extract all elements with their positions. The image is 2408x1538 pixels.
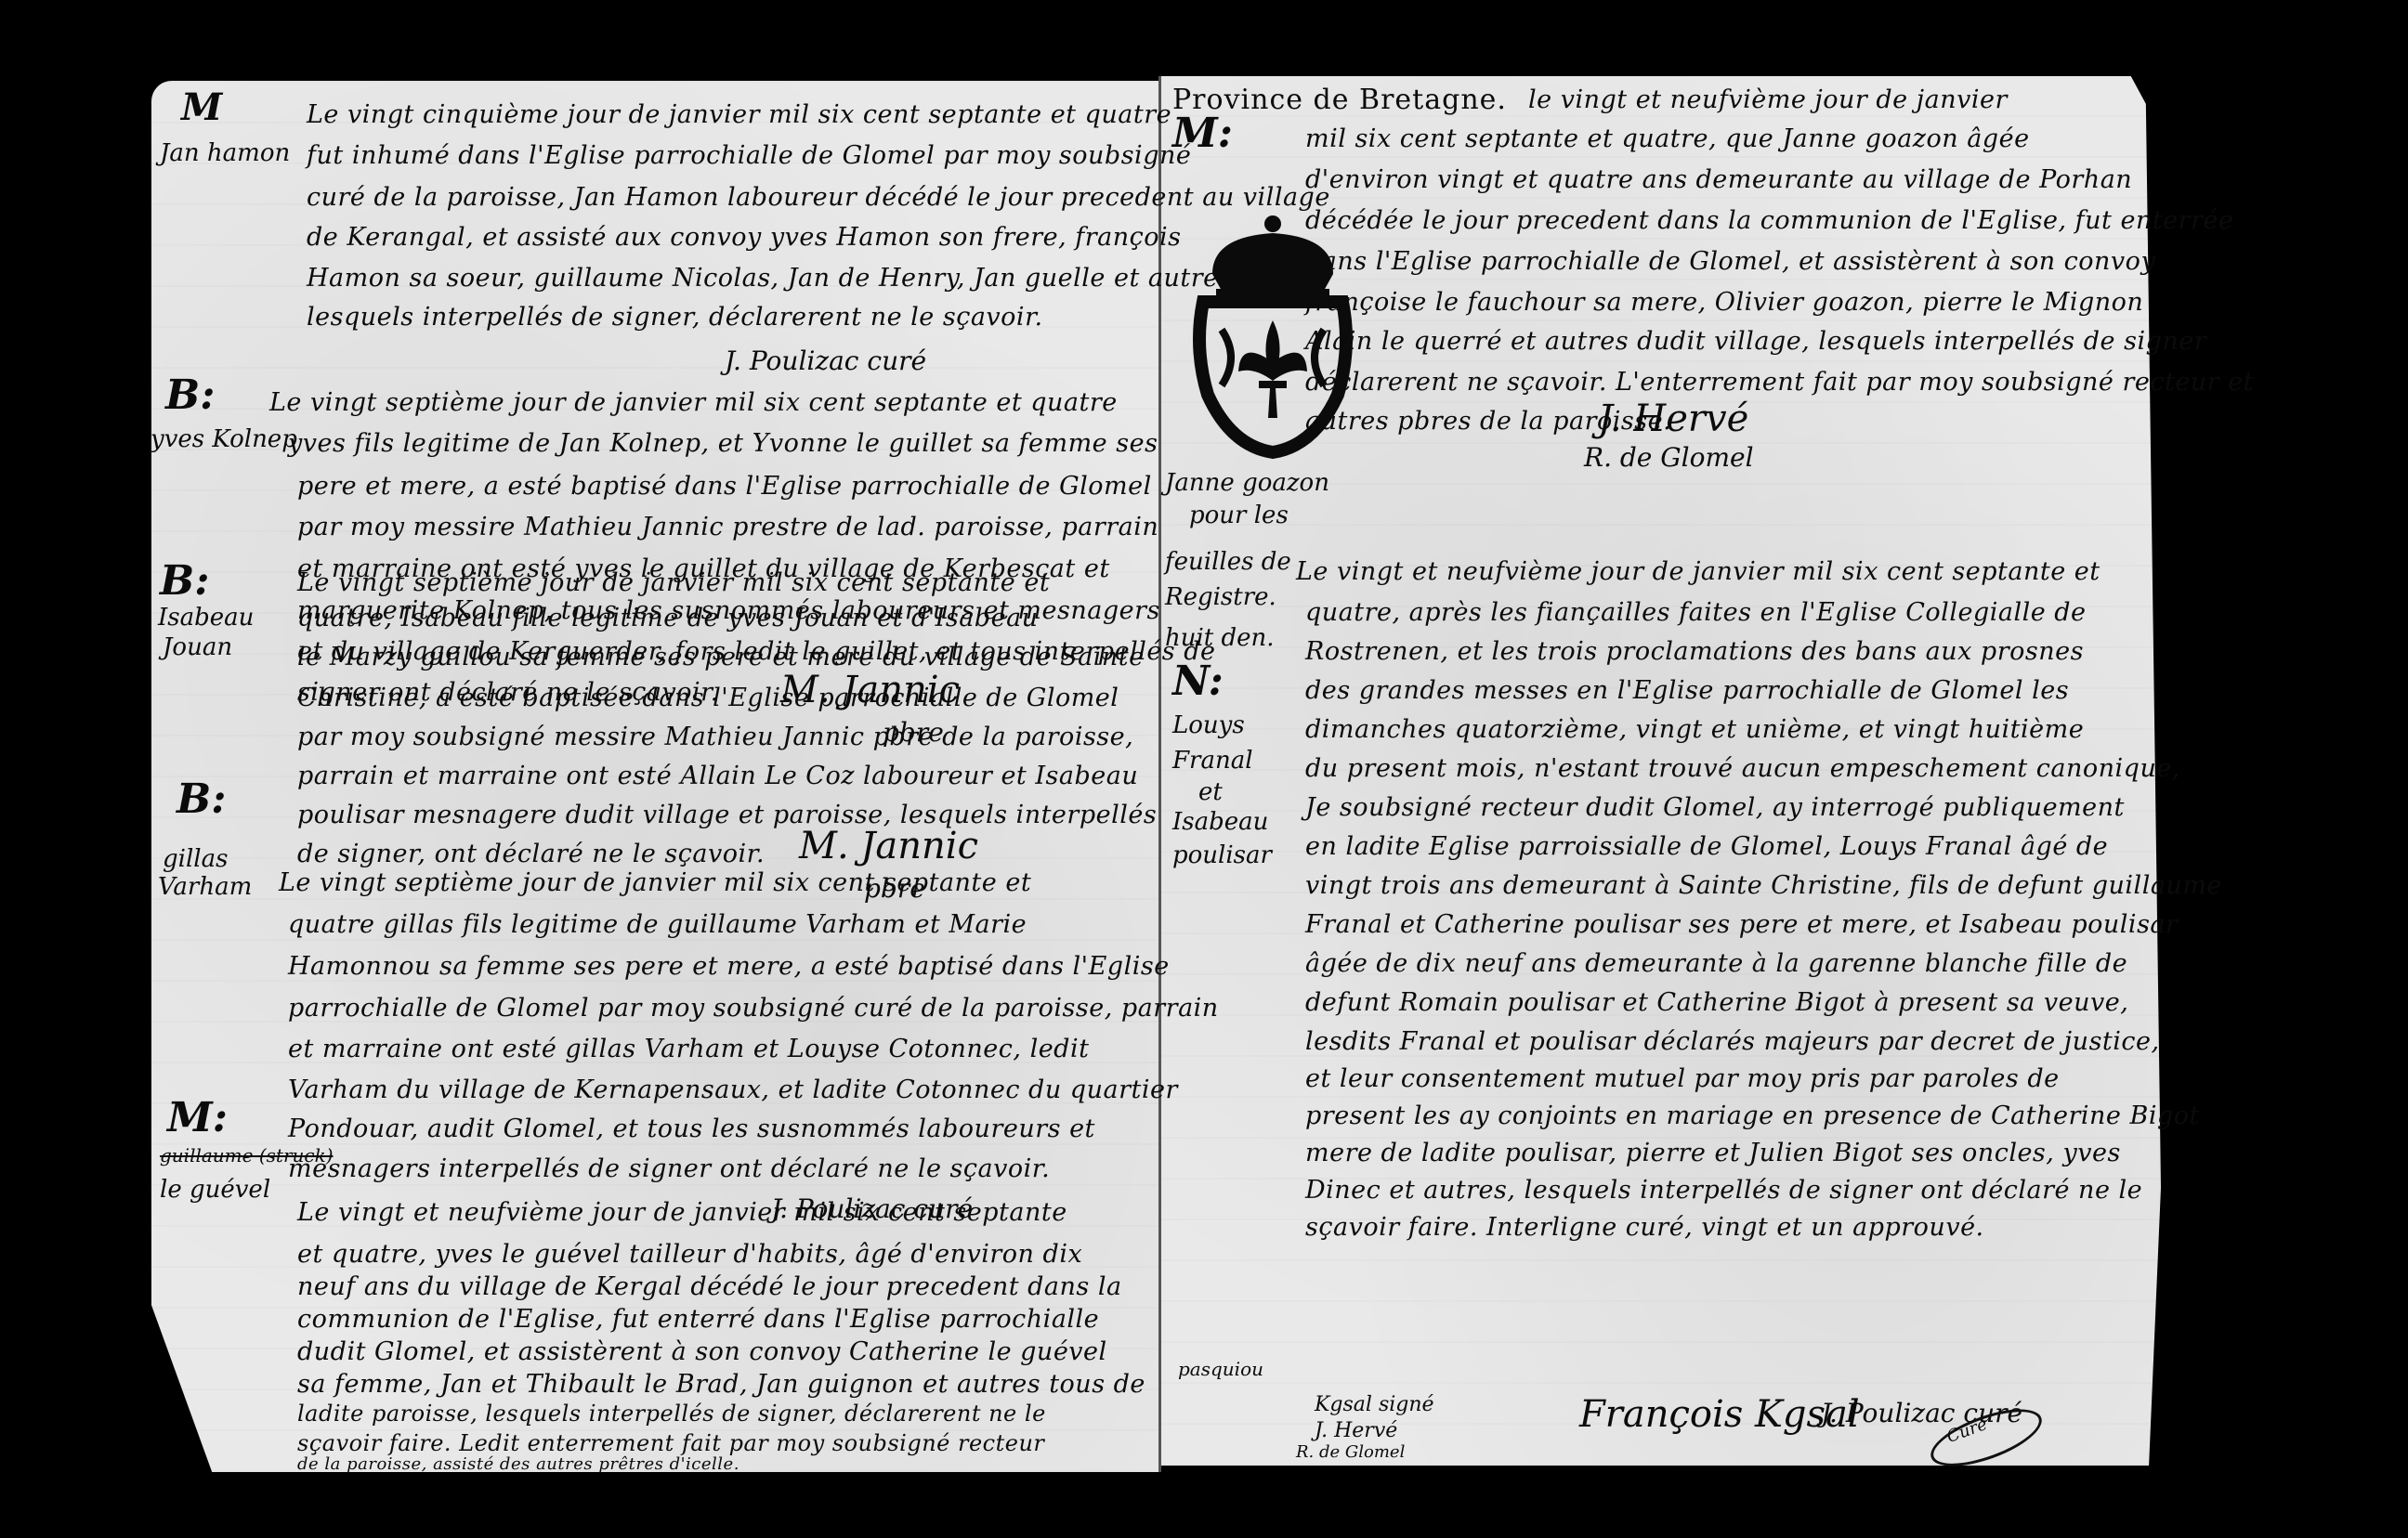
entry-line: quatre, Isabeau fille legitime de yves J… <box>297 604 1039 632</box>
entry-line: dudit Glomel, et assistèrent à son convo… <box>297 1337 1107 1366</box>
entry-line: de la paroisse, assisté des autres prêtr… <box>297 1454 739 1474</box>
entry-line: neuf ans du village de Kergal décédé le … <box>297 1272 1122 1301</box>
signature: François Kgsal <box>1579 1393 1860 1436</box>
entry-line: Je soubsigné recteur dudit Glomel, ay in… <box>1305 793 2125 822</box>
entry-line: ladite paroisse, lesquels interpellés de… <box>297 1401 1046 1427</box>
stamp-caption: Registre. <box>1165 583 1276 611</box>
margin-name: Franal <box>1172 747 1253 775</box>
entry-marker: B: <box>177 776 226 823</box>
margin-name: le guével <box>160 1176 270 1204</box>
entry-line: sa femme, Jan et Thibault le Brad, Jan g… <box>297 1370 1145 1399</box>
entry-line: Hamon sa soeur, guillaume Nicolas, Jan d… <box>307 264 1232 293</box>
entry-marker: M <box>181 85 222 129</box>
entry-line: pere et mere, a esté baptisé dans l'Egli… <box>297 472 1152 501</box>
entry-line: fut inhumé dans l'Eglise parrochialle de… <box>307 141 1191 170</box>
margin-name: Varham <box>158 873 252 901</box>
entry-line: parrain et marraine ont esté Allain Le C… <box>297 762 1138 790</box>
entry-line: Alain le querré et autres dudit village,… <box>1305 327 2206 356</box>
entry-line: d'environ vingt et quatre ans demeurante… <box>1305 165 2132 194</box>
entry-line: et marraine ont esté gillas Varham et Lo… <box>288 1035 1089 1063</box>
entry-line: lesquels interpellés de signer, déclarer… <box>307 303 1043 332</box>
signature: R. de Glomel <box>1296 1442 1405 1462</box>
entry-line: Le vingt septième jour de janvier mil si… <box>279 868 1031 897</box>
entry-line: Dinec et autres, lesquels interpellés de… <box>1305 1176 2142 1205</box>
entry-line: yves fils legitime de Jan Kolnep, et Yvo… <box>288 429 1158 458</box>
entry-line: mil six cent septante et quatre, que Jan… <box>1305 124 2030 153</box>
entry-line: vingt trois ans demeurant à Sainte Chris… <box>1305 871 2222 900</box>
signature: J. Poulizac curé <box>725 345 926 376</box>
entry-line: poulisar mesnagere dudit village et paro… <box>297 801 1157 829</box>
entry-line: de Kerangal, et assisté aux convoy yves … <box>307 223 1182 252</box>
entry-line: le vingt et neufvième jour de janvier <box>1528 85 2008 114</box>
margin-name: yves Kolnep <box>150 425 297 453</box>
margin-name: poulisar <box>1172 841 1272 869</box>
entry-line: communion de l'Eglise, fut enterré dans … <box>297 1305 1099 1334</box>
entry-line: Varham du village de Kernapensaux, et la… <box>288 1075 1178 1104</box>
entry-line: quatre, après les fiançailles faites en … <box>1305 598 2087 627</box>
entry-line: et quatre, yves le guével tailleur d'hab… <box>297 1240 1082 1269</box>
entry-line: par moy soubsigné messire Mathieu Jannic… <box>297 723 1133 751</box>
entry-line: dimanches quatorzième, vingt et unième, … <box>1305 715 2084 744</box>
entry-line: dans l'Eglise parrochialle de Glomel, et… <box>1305 247 2155 276</box>
stamp-caption: huit den. <box>1165 624 1275 652</box>
entry-line: par moy messire Mathieu Jannic prestre d… <box>297 513 1158 541</box>
stamp-caption: feuilles de <box>1165 548 1291 576</box>
entry-line: sçavoir faire. Interligne curé, vingt et… <box>1305 1213 1984 1242</box>
margin-name: pasquiou <box>1178 1358 1263 1380</box>
entry-marker: B: <box>160 557 209 605</box>
margin-name: Jouan <box>163 633 232 661</box>
margin-name: Isabeau <box>1172 808 1268 836</box>
entry-line: Le vingt et neufvième jour de janvier mi… <box>297 1198 1067 1227</box>
entry-line: déclarerent ne sçavoir. L'enterrement fa… <box>1305 368 2254 397</box>
entry-line: Franal et Catherine poulisar ses pere et… <box>1305 910 2178 939</box>
entry-line: Hamonnou sa femme ses pere et mere, a es… <box>288 952 1170 981</box>
entry-line: décédée le jour precedent dans la commun… <box>1305 206 2233 235</box>
margin-name-struck: guillaume (struck) <box>160 1144 334 1167</box>
signature-title: R. de Glomel <box>1584 442 1754 473</box>
signature: J. Hervé <box>1598 398 1748 440</box>
entry-line: defunt Romain poulisar et Catherine Bigo… <box>1305 988 2128 1017</box>
entry-line: de signer, ont déclaré ne le sçavoir. <box>297 840 765 868</box>
entry-marker: N: <box>1172 658 1224 705</box>
margin-name: Jan hamon <box>160 139 290 167</box>
margin-name: Isabeau <box>158 604 254 632</box>
entry-line: mere de ladite poulisar, pierre et Julie… <box>1305 1139 2121 1167</box>
stamp-caption: Janne goazon <box>1165 469 1329 497</box>
entry-line: Rostrenen, et les trois proclamations de… <box>1305 637 2084 666</box>
entry-line: Pondouar, audit Glomel, et tous les susn… <box>288 1114 1095 1143</box>
entry-line: Le vingt septième jour de janvier mil si… <box>269 388 1118 417</box>
entry-line: curé de la paroisse, Jan Hamon laboureur… <box>307 183 1330 212</box>
entry-line: Le vingt et neufvième jour de janvier mi… <box>1296 557 2100 586</box>
entry-line: en ladite Eglise parroissialle de Glomel… <box>1305 832 2108 861</box>
stamp-caption: pour les <box>1189 502 1289 529</box>
entry-line: Christine, a esté baptisée dans l'Eglise… <box>297 684 1119 712</box>
entry-line: parrochialle de Glomel par moy soubsigné… <box>288 994 1219 1023</box>
signature: M. Jannic <box>799 825 978 867</box>
entry-line: lesdits Franal et poulisar déclarés maje… <box>1305 1027 2160 1056</box>
entry-line: françoise le fauchour sa mere, Olivier g… <box>1305 288 2143 317</box>
entry-line: le Marzy guillou sa femme ses pere et me… <box>297 643 1145 671</box>
margin-name: gillas <box>163 845 228 873</box>
entry-marker: M: <box>1172 110 1233 157</box>
entry-line: et leur consentement mutuel par moy pris… <box>1305 1064 2060 1093</box>
entry-line: Le vingt septième jour de janvier mil si… <box>297 568 1050 597</box>
margin-name: Louys <box>1172 711 1245 739</box>
entry-line: quatre gillas fils legitime de guillaume… <box>288 910 1027 939</box>
entry-line: des grandes messes en l'Eglise parrochia… <box>1305 676 2069 705</box>
margin-name: et <box>1198 778 1223 806</box>
entry-marker: B: <box>165 371 215 419</box>
entry-line: sçavoir faire. Ledit enterrement fait pa… <box>297 1430 1044 1456</box>
entry-line: present les ay conjoints en mariage en p… <box>1305 1101 2200 1130</box>
entry-line: âgée de dix neuf ans demeurante à la gar… <box>1305 949 2127 978</box>
entry-line: du present mois, n'estant trouvé aucun e… <box>1305 754 2180 783</box>
signature: J. Hervé <box>1315 1419 1397 1442</box>
signature: Kgsal signé <box>1315 1393 1434 1416</box>
entry-line: Le vingt cinquième jour de janvier mil s… <box>307 100 1171 129</box>
entry-line: mesnagers interpellés de signer ont décl… <box>288 1154 1050 1183</box>
entry-marker: M: <box>167 1094 228 1141</box>
